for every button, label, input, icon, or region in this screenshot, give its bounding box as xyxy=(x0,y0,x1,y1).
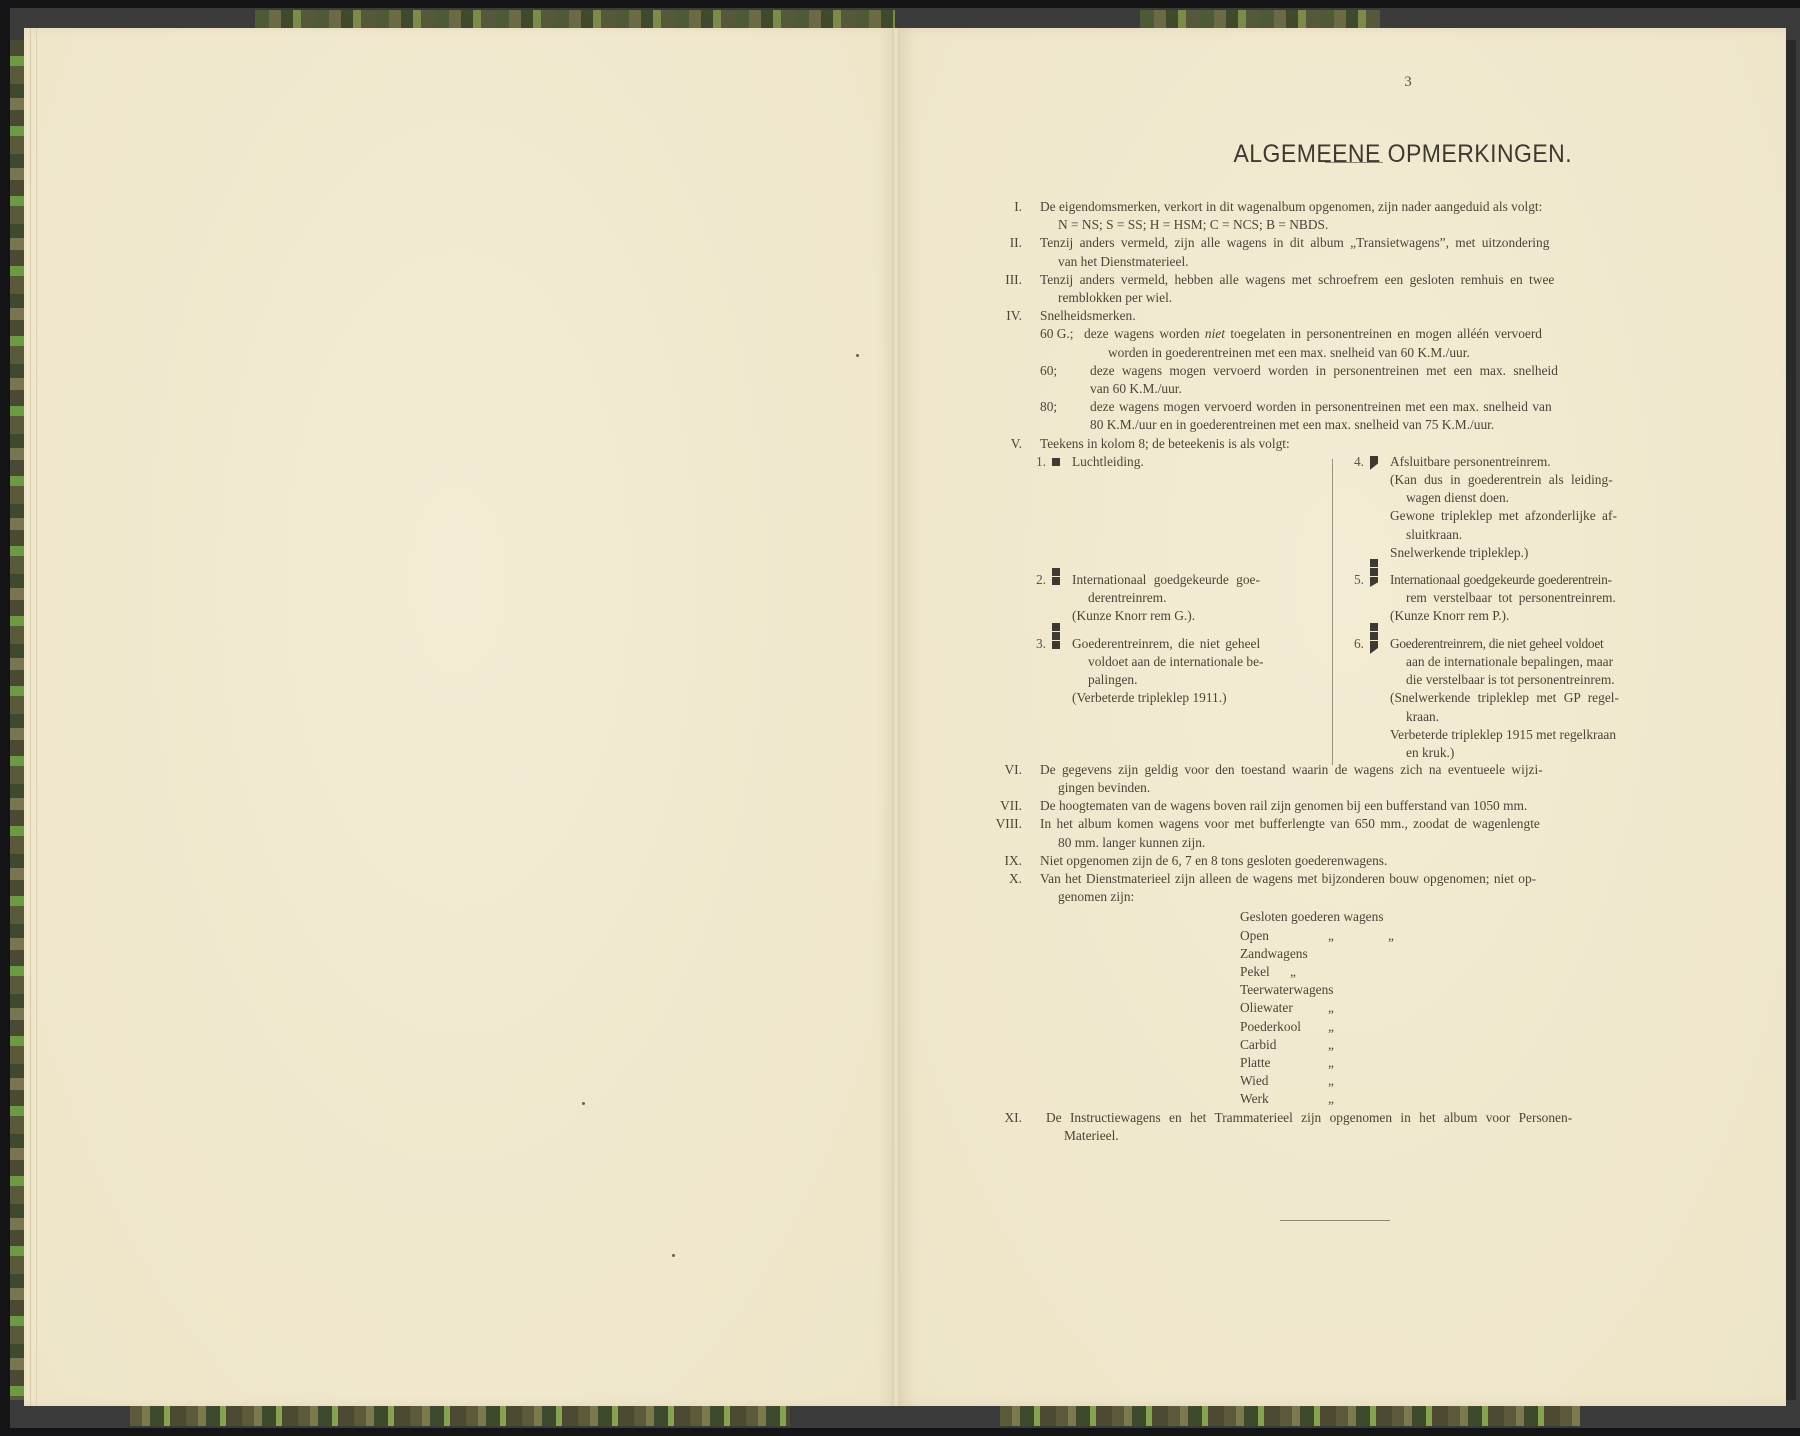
remark-VIII: VIII. In het album komen wagens voor met… xyxy=(990,815,1670,851)
page-title: ALGEMEENE OPMERKINGEN. xyxy=(935,140,1750,169)
list-item: Zandwagens xyxy=(1240,945,1670,963)
marbled-edge-bottom xyxy=(130,1406,790,1426)
list-item: Pekel„ xyxy=(1240,963,1670,981)
remarks-body: I. De eigendomsmerken, verkort in dit wa… xyxy=(990,198,1670,1145)
list-item: Werk„ xyxy=(1240,1090,1670,1108)
three-squares-sign-icon xyxy=(1052,623,1061,650)
list-item: Oliewater„ xyxy=(1240,999,1670,1017)
excluded-wagons-list: Gesloten goederen wagens Open„„ Zandwage… xyxy=(1240,908,1670,1108)
list-item: Open„„ xyxy=(1240,927,1670,945)
two-squares-sign-icon xyxy=(1052,568,1061,586)
wedge-sign-icon xyxy=(1370,456,1379,471)
page-edge-line xyxy=(30,28,31,1406)
speed-mark-80: 80; deze wagens mogen vervoerd worden in… xyxy=(990,398,1670,434)
marbled-edge-top xyxy=(255,10,895,28)
list-item: Teerwaterwagens xyxy=(1240,981,1670,999)
remark-X: X. Van het Dienstmaterieel zijn alleen d… xyxy=(990,870,1670,906)
left-page xyxy=(24,28,893,1406)
remark-V: V. Teekens in kolom 8; de beteekenis is … xyxy=(990,435,1670,453)
square-sign-icon xyxy=(1052,458,1061,467)
square-square-wedge-sign-icon xyxy=(1370,559,1379,588)
sign-3: 3. Goederentreinrem, die niet geheel vol… xyxy=(1032,635,1317,708)
list-item: Wied„ xyxy=(1240,1072,1670,1090)
list-item: Carbid„ xyxy=(1240,1036,1670,1054)
speed-mark-60: 60; deze wagens mogen vervoerd worden in… xyxy=(990,362,1670,398)
paper-speck xyxy=(856,354,859,357)
book-gutter xyxy=(892,28,900,1406)
paper-speck xyxy=(582,1102,585,1105)
brake-signs-table: 1. Luchtleiding. 2. Internationaal goedg… xyxy=(1032,453,1670,761)
remark-II: II. Tenzij anders vermeld, zijn alle wag… xyxy=(990,234,1670,270)
square-square-wedge-sign-icon xyxy=(1370,623,1379,655)
column-divider xyxy=(1332,459,1333,765)
title-rule xyxy=(1325,162,1383,163)
speed-mark-60G: 60 G.; deze wagens worden niet toegelate… xyxy=(990,325,1670,361)
cover-edge-right xyxy=(1786,40,1796,1400)
list-item: Poederkool„ xyxy=(1240,1018,1670,1036)
sign-2: 2. Internationaal goedgekeurde goe- dere… xyxy=(1032,571,1317,626)
paper-speck xyxy=(672,1254,675,1257)
sign-6: 6. Goederentreinrem, die niet geheel vol… xyxy=(1350,635,1680,762)
remark-VII: VII. De hoogtematen van de wagens boven … xyxy=(990,797,1670,815)
page-edge-line xyxy=(36,28,37,1406)
list-item: Platte„ xyxy=(1240,1054,1670,1072)
remark-III: III. Tenzij anders vermeld, hebben alle … xyxy=(990,271,1670,307)
list-item: Gesloten goederen wagens xyxy=(1240,908,1670,926)
end-rule xyxy=(1280,1220,1390,1221)
remark-VI: VI. De gegevens zijn geldig voor den toe… xyxy=(990,761,1670,797)
remark-IV: IV. Snelheidsmerken. xyxy=(990,307,1670,325)
remark-IX: IX. Niet opgenomen zijn de 6, 7 en 8 ton… xyxy=(990,852,1670,870)
remark-XI: XI. De Instructiewagens en het Trammater… xyxy=(990,1109,1670,1145)
page-number: 3 xyxy=(900,74,1786,91)
remark-I: I. De eigendomsmerken, verkort in dit wa… xyxy=(990,198,1670,234)
marbled-edge-bottom-right xyxy=(1000,1406,1580,1426)
sign-1: 1. Luchtleiding. xyxy=(1032,453,1317,471)
sign-5: 5. Internationaal goedgekeurde goederent… xyxy=(1350,571,1680,626)
sign-4: 4. Afsluitbare personentreinrem. (Kan du… xyxy=(1350,453,1680,562)
marbled-edge-top-right xyxy=(1140,10,1380,28)
